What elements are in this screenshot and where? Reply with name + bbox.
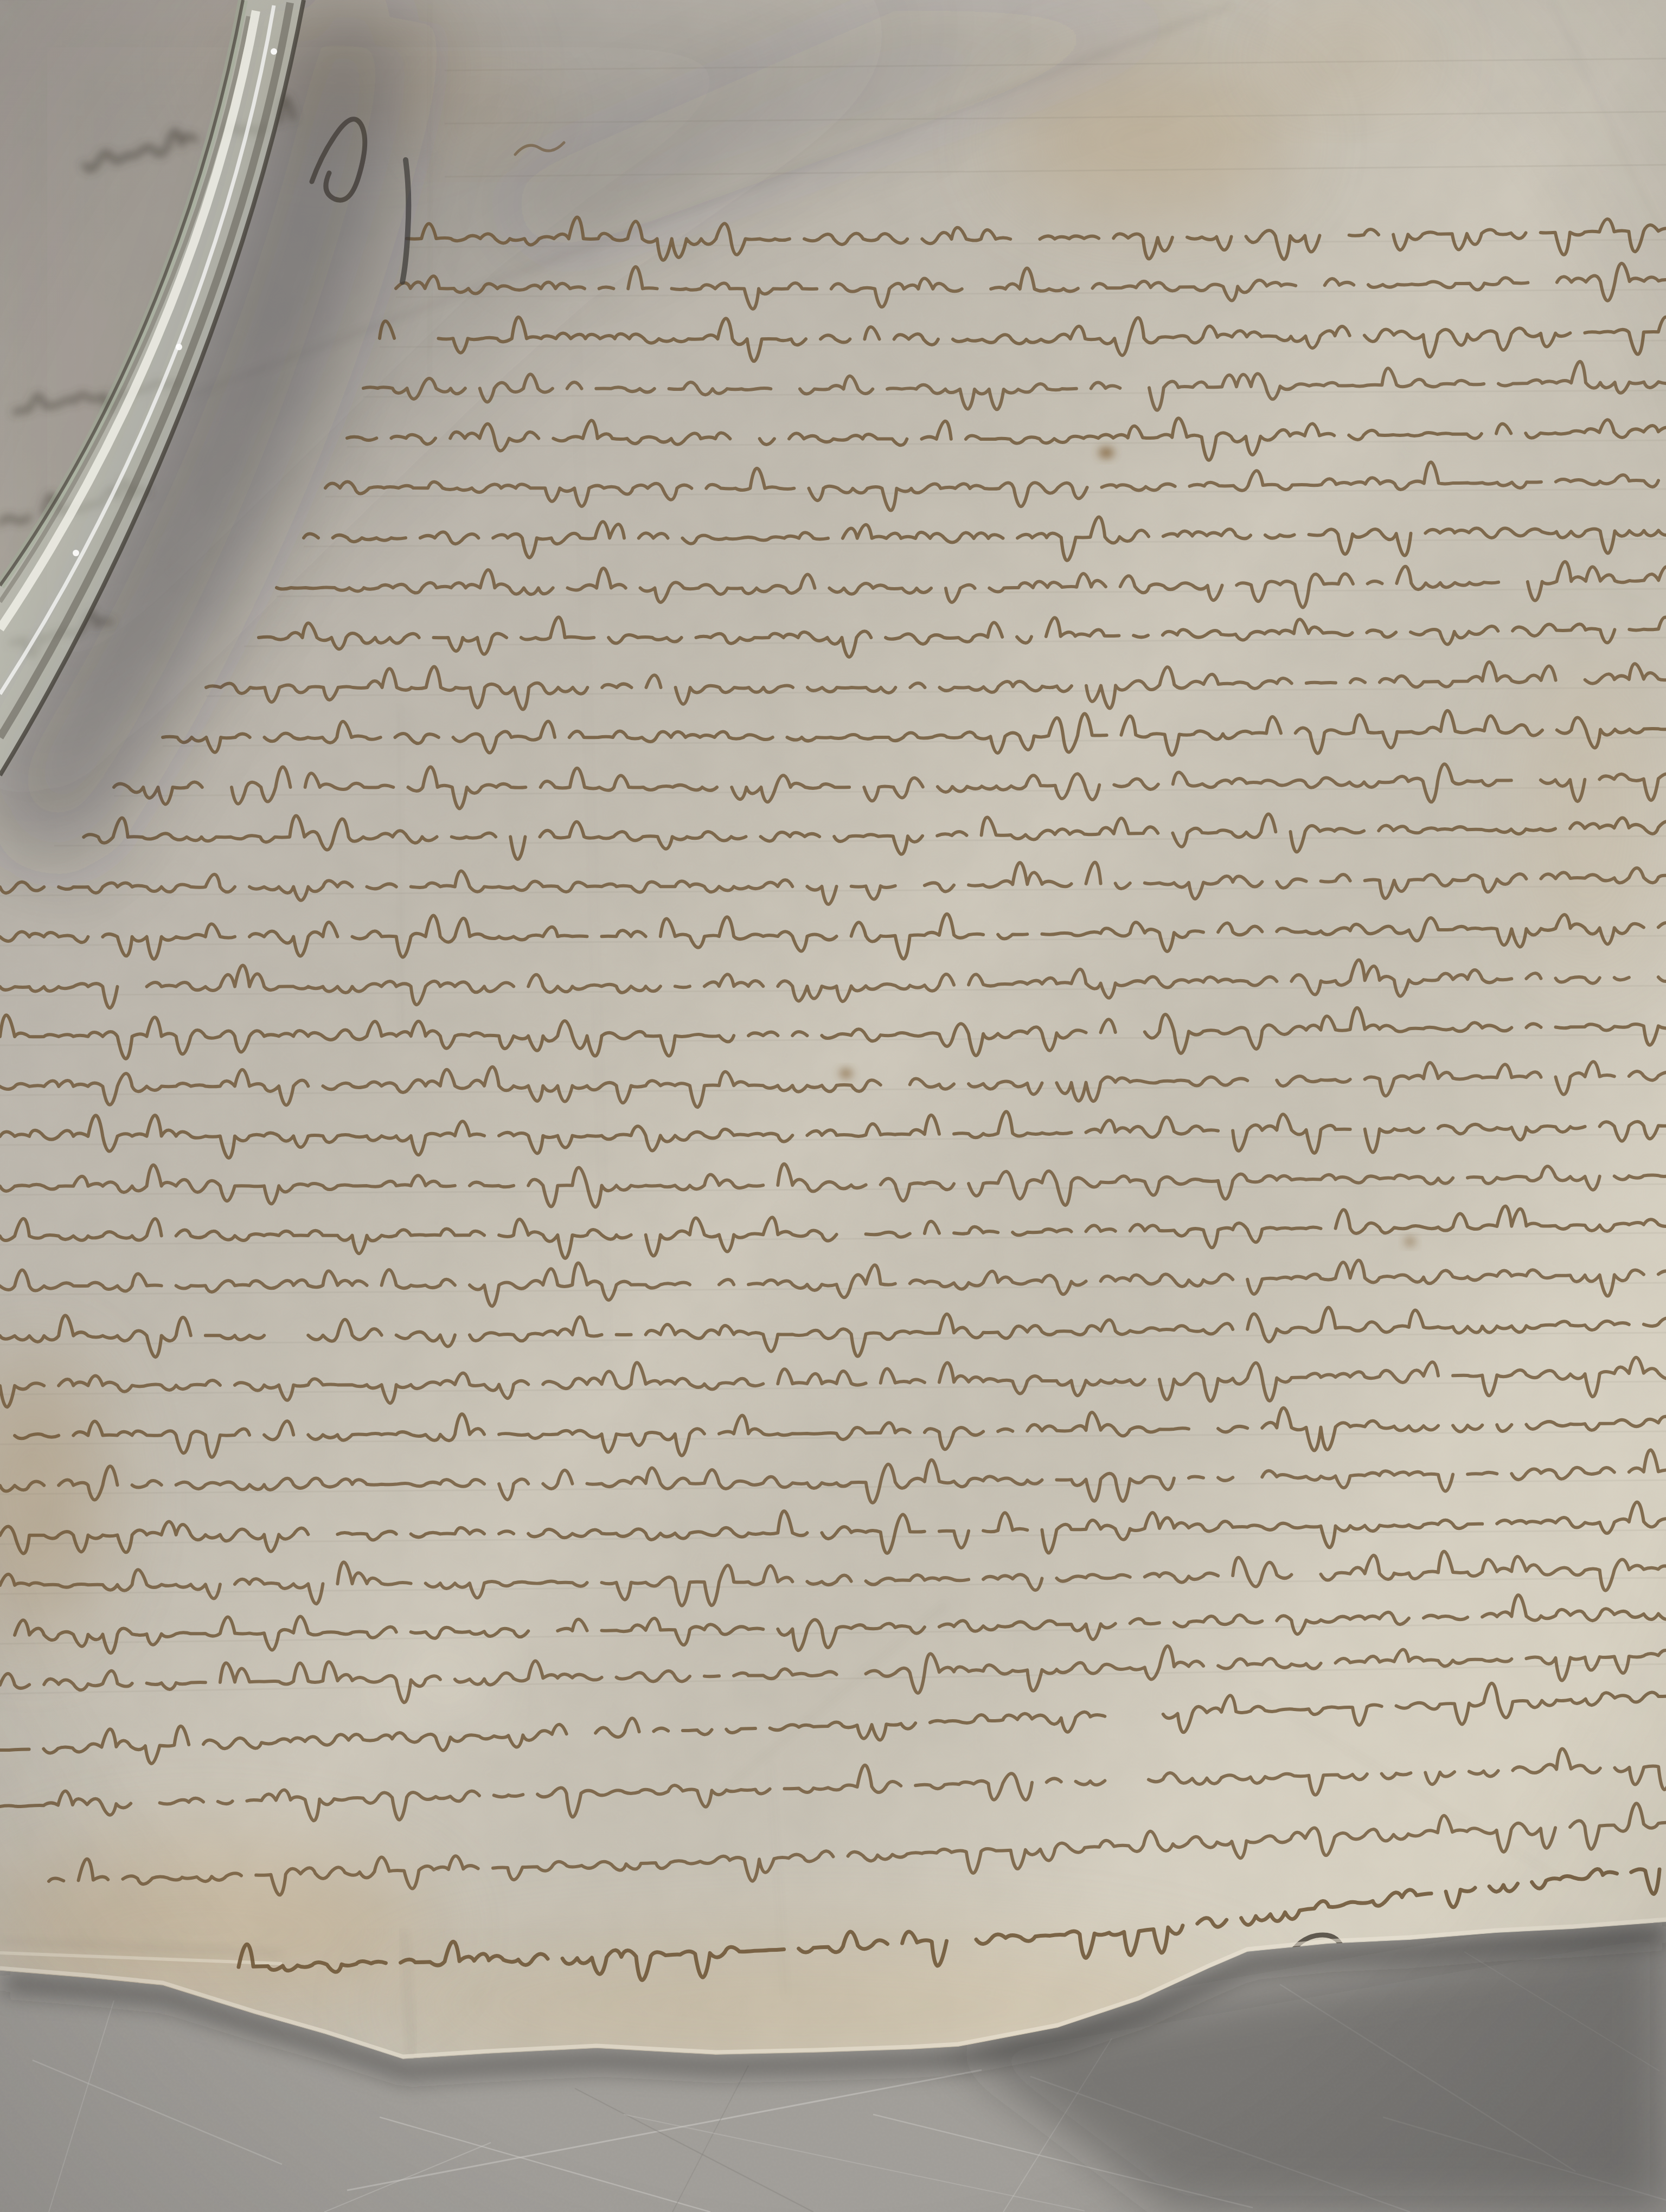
vignette (0, 0, 1666, 2212)
photo-canvas (0, 0, 1666, 2212)
scene-svg (0, 0, 1666, 2212)
